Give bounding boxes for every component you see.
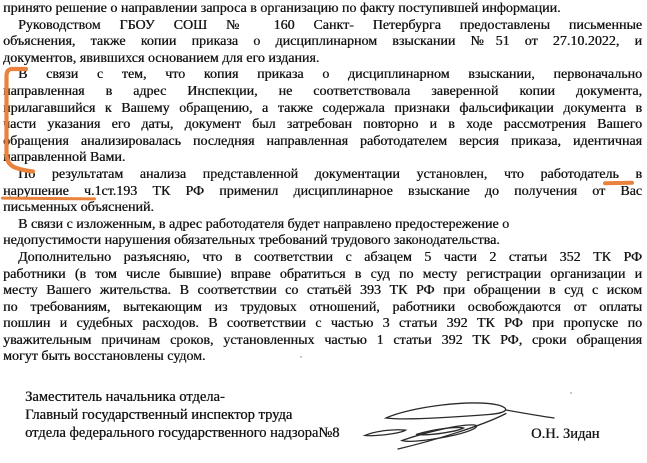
text-line: уважительным причинам сроков, установлен… xyxy=(3,333,642,350)
text-line: принято решение о направлении запроса в … xyxy=(3,1,642,18)
text-line: По результатам анализа представленной до… xyxy=(3,167,642,184)
text-line: прилагавшийся к Вашему обращению, а такж… xyxy=(3,101,642,118)
text-line: письменных объяснений. xyxy=(3,200,642,217)
text-line: части указания его даты, документ был за… xyxy=(3,117,642,134)
scan-speck xyxy=(9,195,11,197)
text-line: могут быть восстановлены судом. xyxy=(3,349,642,366)
text-line: объяснения, также копии приказа о дисцип… xyxy=(3,34,642,51)
scan-speck xyxy=(628,93,630,95)
document-body: принято решение о направлении запроса в … xyxy=(3,1,642,366)
text-line: В связи с изложенным, в адрес работодате… xyxy=(3,217,642,234)
text-line: работники (в том числе бывшие) вправе об… xyxy=(3,267,642,284)
text-line: направленной Вами. xyxy=(3,150,642,167)
text-line: обращения анализировалась последняя напр… xyxy=(3,134,642,151)
text-line: Дополнительно разъясняю, что в соответст… xyxy=(3,250,642,267)
orange-underline-annotation-v xyxy=(603,181,634,186)
text-line: В связи с тем, что копия приказа о дисци… xyxy=(3,67,642,84)
scan-speck xyxy=(300,356,302,358)
text-line: документов, явившихся основанием для его… xyxy=(3,51,642,68)
text-line: месту Вашего жительства. В соответствии … xyxy=(3,283,642,300)
orange-bracket-annotation xyxy=(2,62,42,180)
text-line: направленная в адрес Инспекции, не соотв… xyxy=(3,84,642,101)
document-page: принято решение о направлении запроса в … xyxy=(0,0,647,463)
text-line: пошлин и судебных расходов. В соответств… xyxy=(3,316,642,333)
signer-name: О.Н. Зидан xyxy=(531,426,599,443)
text-line: нарушение ч.1ст.193 ТК РФ применил дисци… xyxy=(3,184,642,201)
scan-speck xyxy=(570,392,572,394)
text-line: недопустимости нарушения обязательных тр… xyxy=(3,233,642,250)
text-line: Руководством ГБОУ СОШ № 160 Санкт- Петер… xyxy=(3,18,642,35)
text-line: по требованиям, вытекающим из трудовых о… xyxy=(3,300,642,317)
